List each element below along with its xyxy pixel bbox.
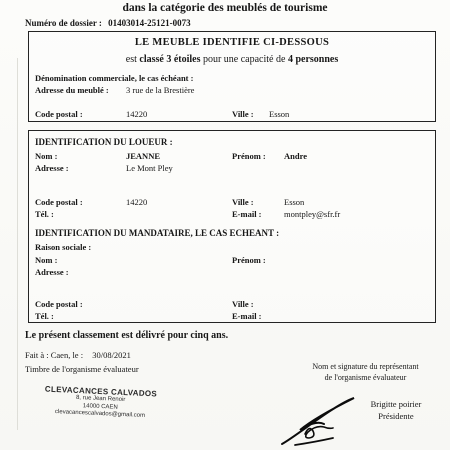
meuble-adresse-label: Adresse du meublé :	[35, 85, 109, 95]
loueur-email-value: montpley@sfr.fr	[284, 209, 340, 219]
validity-statement: Le présent classement est délivré pour c…	[25, 330, 228, 341]
classement-prefix: est	[126, 54, 140, 65]
signatory-title: Présidente	[352, 410, 440, 422]
dossier-number-line: Numéro de dossier : 01403014-25121-0073	[25, 18, 191, 28]
loueur-codepostal-value: 14220	[126, 197, 147, 207]
mandataire-section-title-text: IDENTIFICATION DU MANDATAIRE, LE CAS ECH…	[35, 228, 279, 238]
classement-mid: pour une capacité de	[200, 54, 287, 65]
document-title: dans la catégorie des meublés de tourism…	[0, 2, 450, 14]
fait-label: Fait à : Caen, le :	[25, 350, 83, 360]
organization-stamp: CLEVACANCES CALVADOS 8, rue Jean Renoir …	[27, 384, 173, 422]
signature-caption: Nom et signature du représentant de l'or…	[293, 361, 438, 383]
loueur-tel-label: Tél. :	[35, 209, 54, 219]
meuble-ville-label: Ville :	[232, 109, 254, 119]
classement-stars: classé 3 étoiles	[139, 54, 200, 65]
mandataire-raison-label: Raison sociale :	[35, 242, 91, 252]
dossier-label: Numéro de dossier :	[25, 18, 102, 28]
signature-caption-line1: Nom et signature du représentant	[293, 361, 438, 372]
signatory-name: Brigitte poirier	[352, 398, 440, 410]
mandataire-email-label: E-mail :	[232, 311, 262, 321]
signature-caption-line2: de l'organisme évaluateur	[293, 372, 438, 383]
loueur-email-label: E-mail :	[232, 209, 262, 219]
classement-capacity: 4 personnes	[288, 54, 338, 65]
mandataire-ville-label: Ville :	[232, 299, 254, 309]
scan-artifact-line	[17, 58, 18, 430]
mandataire-codepostal-label: Code postal :	[35, 299, 83, 309]
meuble-codepostal-label: Code postal :	[35, 109, 83, 119]
mandataire-adresse-label: Adresse :	[35, 267, 69, 277]
loueur-nom-value: JEANNE	[126, 151, 160, 161]
meuble-box-title: LE MEUBLE IDENTIFIE CI-DESSOUS	[29, 37, 435, 48]
mandataire-nom-label: Nom :	[35, 255, 57, 265]
loueur-ville-label: Ville :	[232, 197, 254, 207]
timbre-label: Timbre de l'organisme évaluateur	[25, 364, 139, 374]
loueur-section-title-text: IDENTIFICATION DU LOUEUR :	[35, 137, 173, 147]
mandataire-tel-label: Tél. :	[35, 311, 54, 321]
denomination-label: Dénomination commerciale, le cas échéant…	[35, 73, 193, 83]
classement-line: est classé 3 étoiles pour une capacité d…	[29, 54, 435, 65]
meuble-codepostal-value: 14220	[126, 109, 147, 119]
dossier-number: 01403014-25121-0073	[108, 18, 191, 28]
loueur-nom-label: Nom :	[35, 151, 57, 161]
loueur-ville-value: Esson	[284, 197, 304, 207]
signatory-block: Brigitte poirier Présidente	[352, 398, 440, 423]
loueur-adresse-label: Adresse :	[35, 163, 69, 173]
date-place-line: Fait à : Caen, le : 30/08/2021	[25, 350, 131, 360]
loueur-mandataire-box: IDENTIFICATION DU LOUEUR : Nom : JEANNE …	[28, 130, 436, 323]
meuble-box: LE MEUBLE IDENTIFIE CI-DESSOUS est class…	[28, 31, 436, 122]
classement-date: 30/08/2021	[92, 350, 131, 360]
signature-graphic	[278, 392, 360, 450]
loueur-prenom-value: Andre	[284, 151, 307, 161]
loueur-prenom-label: Prénom :	[232, 151, 266, 161]
mandataire-prenom-label: Prénom :	[232, 255, 266, 265]
meuble-ville-value: Esson	[269, 109, 289, 119]
loueur-adresse-value: Le Mont Pley	[126, 163, 173, 173]
meuble-adresse-value: 3 rue de la Brestière	[126, 85, 194, 95]
loueur-codepostal-label: Code postal :	[35, 197, 83, 207]
certificate-page: dans la catégorie des meublés de tourism…	[0, 0, 450, 450]
